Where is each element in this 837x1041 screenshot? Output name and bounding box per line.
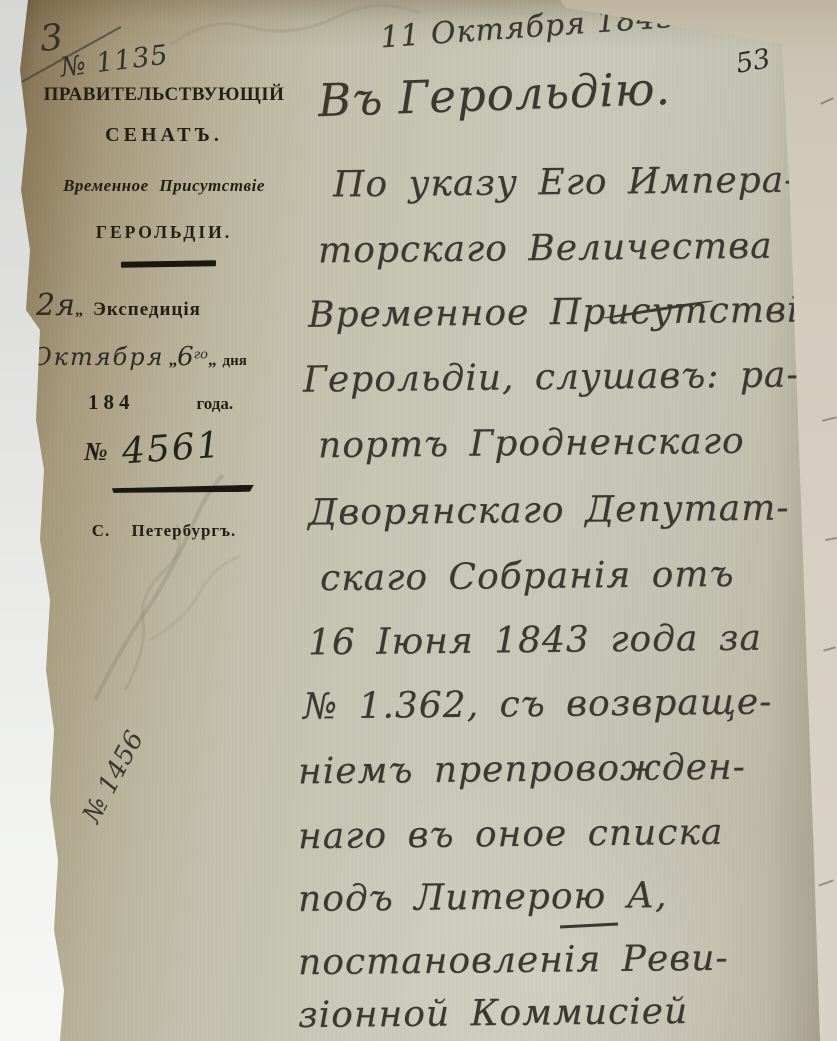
year-printed: 184: [88, 390, 135, 414]
manuscript-line: Дворянскаго Депутат-: [308, 487, 790, 533]
letterhead-year-row: 184года.: [88, 390, 233, 415]
quote-close: „: [208, 350, 217, 369]
registry-number: № 1135: [59, 39, 171, 83]
manuscript-line: постановленія Реви-: [298, 938, 729, 984]
letter-a-underline: [560, 922, 618, 928]
quote-open: „: [169, 350, 178, 369]
number-sign: №: [84, 437, 108, 466]
side-registry-number: № 1456: [77, 726, 150, 828]
under-sheet-writing: [822, 416, 837, 422]
manuscript-line: подъ Литерою А,: [298, 875, 668, 920]
expedition-label: Экспедиція: [93, 299, 201, 320]
manuscript-line: портъ Гродненскаго: [318, 421, 745, 466]
manuscript-line: Герольдіи, слушавъ: ра-: [303, 354, 800, 400]
date-day-suffix: го: [194, 348, 208, 363]
manuscript-line: № 1.362, съ возвраще-: [303, 682, 773, 728]
manuscript-line: скаго Собранія отъ: [320, 554, 735, 599]
under-sheet-writing: [820, 97, 834, 105]
under-sheet-writing: [825, 537, 837, 541]
letterhead-dept-line2: ГЕРОЛЬДІИ.: [28, 222, 300, 243]
manuscript-line: ніемъ препровожден-: [298, 747, 746, 793]
manuscript-line: наго въ оное списка: [298, 812, 724, 857]
manuscript-line: зіонной Коммисіей: [298, 991, 689, 1036]
manuscript-heading: Въ Герольдію.: [317, 62, 671, 127]
document-number-handwritten: 4561: [120, 425, 222, 473]
document-photo: 3 № 1135 ПРАВИТЕЛЬСТВУЮЩІЙ СЕНАТЪ. Време…: [0, 0, 837, 1041]
manuscript-line: торскаго Величества: [318, 226, 773, 272]
under-sheet-writing: [818, 879, 834, 886]
letterhead-org-line2: СЕНАТЪ.: [28, 124, 300, 147]
expedition-quote: „: [75, 302, 83, 319]
letterhead-dept-line1: Временное Присутствіе: [28, 176, 300, 196]
manuscript-date: 11 Октября 1843: [379, 0, 678, 55]
manuscript-line: 16 Іюня 1843 года за: [308, 618, 762, 664]
letterhead-org-line1: ПРАВИТЕЛЬСТВУЮЩІЙ: [28, 84, 300, 106]
letterhead-date-row: Октября „6го„дня: [32, 342, 247, 372]
manuscript-line: По указу Его Импера-: [333, 160, 798, 206]
city-line: С. Петербургъ.: [28, 521, 300, 541]
expedition-number-handwritten: 2я: [36, 288, 75, 323]
document-number-row: №4561: [84, 428, 221, 469]
letterhead-rule-top: [121, 260, 216, 268]
date-day-handwritten: 6: [177, 342, 194, 372]
document-sheet: 3 № 1135 ПРАВИТЕЛЬСТВУЮЩІЙ СЕНАТЪ. Време…: [0, 0, 837, 1041]
letterhead-rule-bottom: [112, 485, 254, 494]
day-label: дня: [223, 353, 247, 369]
page-number: 53: [734, 43, 773, 79]
year-label: года.: [197, 394, 234, 413]
expedition-row: 2я„Экспедиція: [36, 288, 201, 323]
date-month-handwritten: Октября: [32, 343, 165, 371]
manuscript-line: Временное Присутствіе: [308, 289, 822, 335]
under-sheet-writing: [823, 646, 836, 652]
